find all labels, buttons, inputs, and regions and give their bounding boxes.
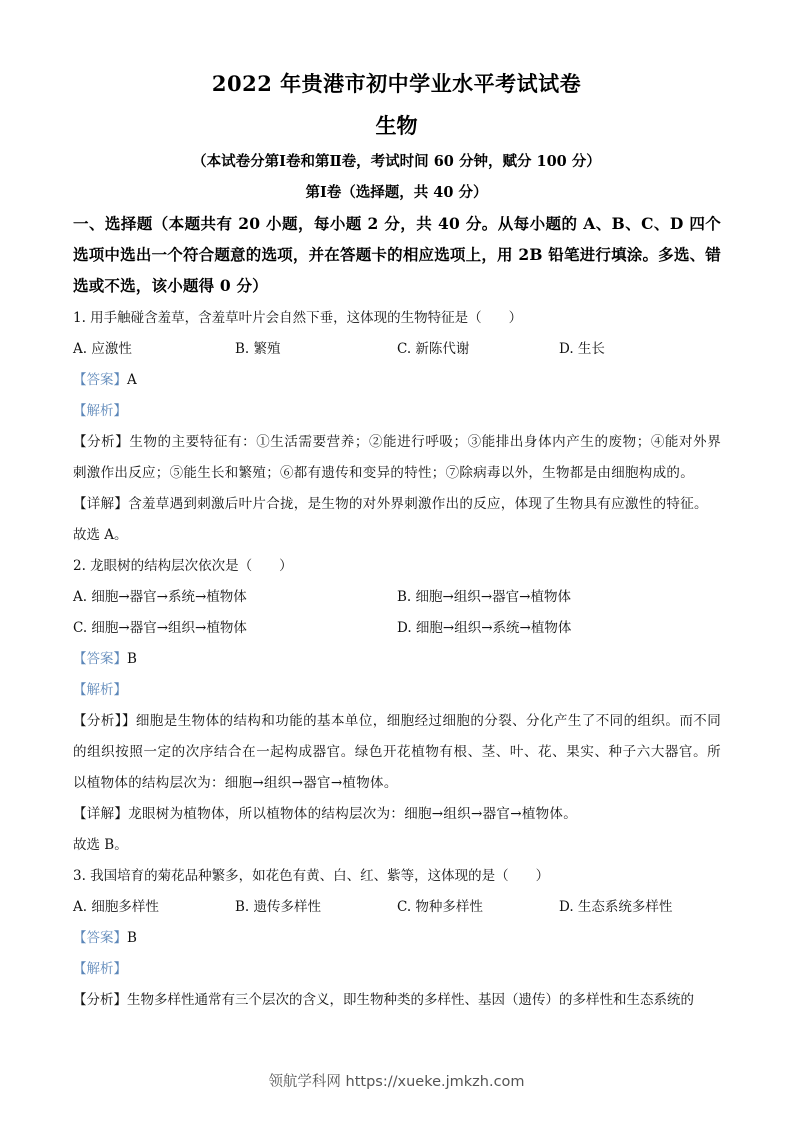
answer-label: 【答案】 (73, 651, 127, 667)
footer-watermark: 领航学科网 https://xueke.jmkzh.com (0, 1070, 793, 1091)
question-options-row-1: A. 细胞→器官→系统→植物体 B. 细胞→组织→器官→植物体 (73, 582, 721, 613)
option-d: D. 细胞→组织→系统→植物体 (397, 613, 721, 644)
answer-row: 【答案】B (73, 923, 721, 954)
explanation-row: 【解析】 (73, 675, 721, 706)
answer-label: 【答案】 (73, 930, 127, 946)
question-options: A. 细胞多样性 B. 遗传多样性 C. 物种多样性 D. 生态系统多样性 (73, 892, 721, 923)
question-3: 3. 我国培育的菊花品种繁多，如花色有黄、白、红、紫等，这体现的是（ ） A. … (73, 861, 721, 1016)
question-2: 2. 龙眼树的结构层次依次是（ ） A. 细胞→器官→系统→植物体 B. 细胞→… (73, 551, 721, 861)
explanation-label: 【解析】 (73, 403, 127, 419)
question-options-row-2: C. 细胞→器官→组织→植物体 D. 细胞→组织→系统→植物体 (73, 613, 721, 644)
detail-paragraph: 【详解】含羞草遇到刺激后叶片合拢，是生物的对外界刺激作出的反应，体现了生物具有应… (73, 489, 721, 520)
questions-body: 1. 用手触碰含羞草，含羞草叶片会自然下垂，这体现的生物特征是（ ） A. 应激… (73, 303, 721, 1016)
explanation-row: 【解析】 (73, 396, 721, 427)
analysis-text: 生物多样性通常有三个层次的含义，即生物种类的多样性、基因（遗传）的多样性和生态系… (127, 992, 694, 1008)
option-c: C. 新陈代谢 (397, 334, 559, 365)
detail-label: 【详解】 (73, 496, 128, 512)
option-b: B. 繁殖 (235, 334, 397, 365)
answer-value: A (127, 372, 137, 388)
detail-paragraph: 【详解】龙眼树为植物体，所以植物体的结构层次为：细胞→组织→器官→植物体。 (73, 799, 721, 830)
analysis-text: 细胞是生物体的结构和功能的基本单位，细胞经过细胞的分裂、分化产生了不同的组织。而… (73, 713, 721, 791)
analysis-label: 【分析】 (73, 992, 127, 1008)
explanation-label: 【解析】 (73, 682, 127, 698)
option-d: D. 生长 (559, 334, 721, 365)
subject-title: 生物 (0, 110, 793, 140)
conclusion: 故选 A。 (73, 520, 721, 551)
option-a: A. 细胞多样性 (73, 892, 235, 923)
analysis-paragraph: 【分析】生物的主要特征有：①生活需要营养；②能进行呼吸；③能排出身体内产生的废物… (73, 427, 721, 489)
exam-page: 2022 年贵港市初中学业水平考试试卷 生物 （本试卷分第Ⅰ卷和第Ⅱ卷，考试时间… (0, 0, 793, 1122)
answer-value: B (127, 651, 137, 667)
option-a: A. 细胞→器官→系统→植物体 (73, 582, 397, 613)
option-b: B. 细胞→组织→器官→植物体 (397, 582, 721, 613)
option-b: B. 遗传多样性 (235, 892, 397, 923)
question-stem: 1. 用手触碰含羞草，含羞草叶片会自然下垂，这体现的生物特征是（ ） (73, 303, 721, 334)
option-a: A. 应激性 (73, 334, 235, 365)
explanation-label: 【解析】 (73, 961, 127, 977)
explanation-row: 【解析】 (73, 954, 721, 985)
analysis-label: 【分析】 (73, 434, 129, 450)
detail-text: 龙眼树为植物体，所以植物体的结构层次为：细胞→组织→器官→植物体。 (128, 806, 577, 822)
question-1: 1. 用手触碰含羞草，含羞草叶片会自然下垂，这体现的生物特征是（ ） A. 应激… (73, 303, 721, 551)
answer-value: B (127, 930, 137, 946)
part-title: 第Ⅰ卷（选择题，共 40 分） (0, 181, 793, 202)
detail-label: 【详解】 (73, 806, 128, 822)
analysis-paragraph: 【分析】】细胞是生物体的结构和功能的基本单位，细胞经过细胞的分裂、分化产生了不同… (73, 706, 721, 799)
answer-row: 【答案】A (73, 365, 721, 396)
analysis-text: 生物的主要特征有：①生活需要营养；②能进行呼吸；③能排出身体内产生的废物；④能对… (73, 434, 721, 481)
option-c: C. 物种多样性 (397, 892, 559, 923)
exam-title: 2022 年贵港市初中学业水平考试试卷 (0, 68, 793, 98)
answer-row: 【答案】B (73, 644, 721, 675)
section-instructions: 一、选择题（本题共有 20 小题，每小题 2 分，共 40 分。从每小题的 A、… (73, 208, 721, 301)
option-c: C. 细胞→器官→组织→植物体 (73, 613, 397, 644)
answer-label: 【答案】 (73, 372, 127, 388)
question-options: A. 应激性 B. 繁殖 C. 新陈代谢 D. 生长 (73, 334, 721, 365)
detail-text: 含羞草遇到刺激后叶片合拢，是生物的对外界刺激作出的反应，体现了生物具有应激性的特… (128, 496, 708, 512)
analysis-paragraph: 【分析】生物多样性通常有三个层次的含义，即生物种类的多样性、基因（遗传）的多样性… (73, 985, 721, 1016)
option-d: D. 生态系统多样性 (559, 892, 721, 923)
analysis-label: 【分析】】 (73, 713, 136, 729)
exam-note: （本试卷分第Ⅰ卷和第Ⅱ卷，考试时间 60 分钟，赋分 100 分） (0, 150, 793, 171)
conclusion: 故选 B。 (73, 830, 721, 861)
question-stem: 3. 我国培育的菊花品种繁多，如花色有黄、白、红、紫等，这体现的是（ ） (73, 861, 721, 892)
question-stem: 2. 龙眼树的结构层次依次是（ ） (73, 551, 721, 582)
